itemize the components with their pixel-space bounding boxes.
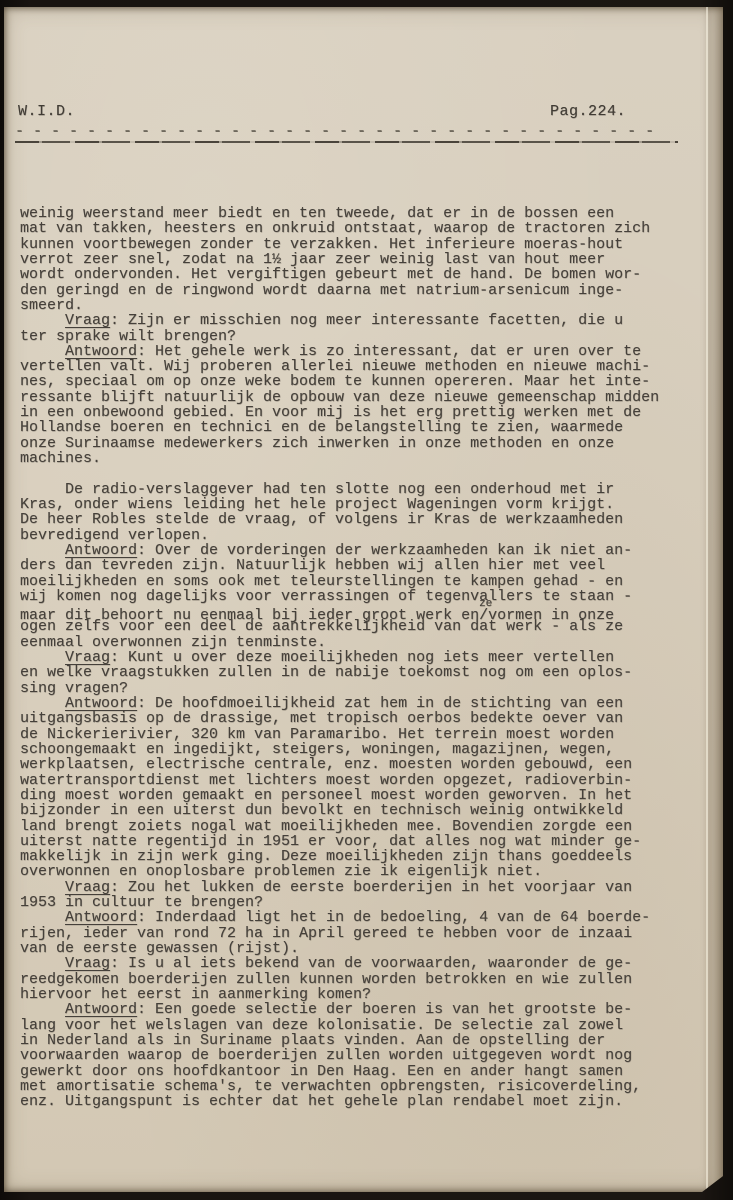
text-line: Antwoord: De hoofdmoeilijkheid zat hem i… [20, 696, 703, 711]
text-line: nes, speciaal om op onze weke bodem te k… [20, 374, 703, 389]
qa-label: Vraag [65, 312, 110, 329]
separator-underline [15, 141, 678, 143]
text-line: onze Surinaamse medewerkers zich inwerke… [20, 436, 703, 451]
text-line: bevredigend verlopen. [20, 528, 703, 543]
text-line: werkplaatsen, electrische centrale, enz.… [20, 757, 703, 772]
text-line: de Nickerierivier, 320 km van Paramaribo… [20, 727, 703, 742]
document-page: W.I.D. Pag.224. - - - - - - - - - - - - … [4, 7, 723, 1192]
text-line: ter sprake wilt brengen? [20, 329, 703, 344]
text-line: weinig weerstand meer biedt en ten tweed… [20, 206, 703, 221]
text-line: rijen, ieder van rond 72 ha in April ger… [20, 926, 703, 941]
document-text: weinig weerstand meer biedt en ten tweed… [20, 206, 703, 1109]
text-line: den geringd en de ringwond wordt daarna … [20, 283, 703, 298]
text-line: watertransportdienst met lichters moest … [20, 773, 703, 788]
text-line: maar dit behoort nu eenmaal bij ieder gr… [20, 604, 703, 619]
qa-label: Antwoord [65, 1001, 137, 1018]
text-line: verrot zeer snel, zodat na 1½ jaar zeer … [20, 252, 703, 267]
qa-label: Vraag [65, 955, 110, 972]
text-line: machines. [20, 451, 703, 466]
text-line: overwonnen en onoplosbare problemen zie … [20, 864, 703, 879]
text-line: De radio-verslaggever had ten slotte nog… [20, 482, 703, 497]
text-line: in Nederland als in Suriname plaats vind… [20, 1033, 703, 1048]
text-line: land brengt zoiets nogal wat moeilijkhed… [20, 819, 703, 834]
text-line: Kras, onder wiens leiding het hele proje… [20, 497, 703, 512]
text-line: Vraag: Zou het lukken de eerste boerderi… [20, 880, 703, 895]
text-line: wij komen nog dagelijks voor verrassinge… [20, 589, 703, 604]
text-line: kunnen voortbewegen zonder te verzakken.… [20, 237, 703, 252]
text-line: Vraag: Zijn er misschien nog meer intere… [20, 313, 703, 328]
text-line: makkelijk in zijn werk ging. Deze moeili… [20, 849, 703, 864]
separator-dashes: - - - - - - - - - - - - - - - - - - - - … [15, 124, 685, 139]
text-line: mat van takken, heesters en onkruid onts… [20, 221, 703, 236]
text-line: bijzonder in een uiterst dun bevolkt en … [20, 803, 703, 818]
text-line: ogen zelfs voor een deel de aantrekkelij… [20, 619, 703, 634]
text-line: reedgekomen boerderijen zullen kunnen wo… [20, 972, 703, 987]
text-line: in een onbewoond gebied. En voor mij is … [20, 405, 703, 420]
text-line: vertellen valt. Wij proberen allerlei ni… [20, 359, 703, 374]
text-line: 1953 in cultuur te brengen? [20, 895, 703, 910]
text-line: Vraag: Kunt u over deze moeilijkheden no… [20, 650, 703, 665]
text-line: uitgangsbasis op de drassige, met tropis… [20, 711, 703, 726]
text-line: Hollandse boeren en technici en de belan… [20, 420, 703, 435]
text-line: met amortisatie schema's, te verwachten … [20, 1079, 703, 1094]
page-edge-crease [706, 7, 708, 1192]
text-line: sing vragen? [20, 681, 703, 696]
text-line: uiterst natte regentijd in 1951 er voor,… [20, 834, 703, 849]
text-line: schoongemaakt en ingedijkt, steigers, wo… [20, 742, 703, 757]
text-line: lang voor het welslagen van deze kolonis… [20, 1018, 703, 1033]
qa-label: Antwoord [65, 909, 137, 926]
text-line: wordt ondervonden. Het vergiftigen gebeu… [20, 267, 703, 282]
text-line: De heer Robles stelde de vraag, of volge… [20, 512, 703, 527]
text-line: ders dan tevreden zijn. Natuurlijk hebbe… [20, 558, 703, 573]
journal-code: W.I.D. [18, 103, 75, 120]
text-line: eenmaal overwonnen zijn tenminste. [20, 635, 703, 650]
page-number: Pag.224. [550, 103, 626, 120]
text-line: van de eerste gewassen (rijst). [20, 941, 703, 956]
text-line: en welke vraagstukken zullen in de nabij… [20, 665, 703, 680]
text-line [20, 466, 703, 481]
page-header: W.I.D. Pag.224. [18, 103, 626, 120]
scan-background: W.I.D. Pag.224. - - - - - - - - - - - - … [0, 0, 733, 1200]
text-line: moeilijkheden en soms ook met teleurstel… [20, 574, 703, 589]
text-line: gewerkt door ons hoofdkantoor in Den Haa… [20, 1064, 703, 1079]
text-line: Antwoord: Het gehele werk is zo interess… [20, 344, 703, 359]
text-line: voorwaarden waarop de boerderijen zullen… [20, 1048, 703, 1063]
text-line: hiervoor het eerst in aanmerking komen? [20, 987, 703, 1002]
text-line: smeerd. [20, 298, 703, 313]
text-line: ding moest worden gemaakt en personeel m… [20, 788, 703, 803]
text-line: Antwoord: Een goede selectie der boeren … [20, 1002, 703, 1017]
text-line: Vraag: Is u al iets bekend van de voorwa… [20, 956, 703, 971]
text-line: ressante blijft natuurlijk de opbouw van… [20, 390, 703, 405]
text-line: Antwoord: Over de vorderingen der werkza… [20, 543, 703, 558]
text-line: enz. Uitgangspunt is echter dat het gehe… [20, 1094, 703, 1109]
text-line: Antwoord: Inderdaad ligt het in de bedoe… [20, 910, 703, 925]
